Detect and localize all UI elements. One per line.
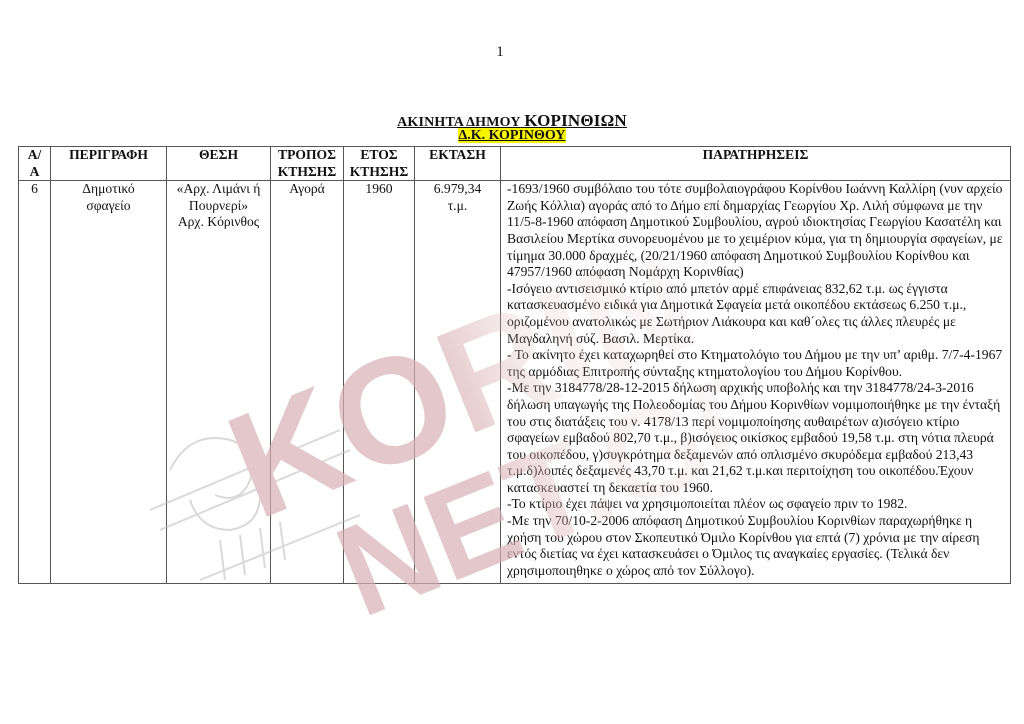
note-paragraph: -1693/1960 συμβόλαιο του τότε συμβολαιογ…: [507, 181, 1006, 281]
cell-acquisition-method: Αγορά: [271, 181, 344, 584]
note-paragraph: -Ισόγειο αντισεισμικό κτίριο από μπετόν …: [507, 281, 1006, 347]
column-header-notes: ΠΑΡΑΤΗΡΗΣΕΙΣ: [501, 147, 1011, 181]
table-header-row: Α/ Α ΠΕΡΙΓΡΑΦΗ ΘΕΣΗ ΤΡΟΠΟΣ ΚΤΗΣΗΣ ΕΤΟΣ Κ…: [19, 147, 1011, 181]
column-header-acquisition-year: ΕΤΟΣ ΚΤΗΣΗΣ: [344, 147, 415, 181]
note-paragraph: -Με την 3184778/28-12-2015 δήλωση αρχική…: [507, 380, 1006, 496]
cell-area: 6.979,34 τ.μ.: [415, 181, 501, 584]
note-paragraph: - Το ακίνητο έχει καταχωρηθεί στο Κτηματ…: [507, 347, 1006, 380]
subtitle-highlighted: Δ.Κ. ΚΟΡΙΝΘΟΥ: [458, 128, 567, 143]
column-header-location: ΘΕΣΗ: [167, 147, 271, 181]
cell-location: «Αρχ. Λιμάνι ή Πουρνερί» Αρχ. Κόρινθος: [167, 181, 271, 584]
column-header-aa: Α/ Α: [19, 147, 51, 181]
cell-description: Δημοτικό σφαγείο: [51, 181, 167, 584]
cell-acquisition-year: 1960: [344, 181, 415, 584]
note-paragraph: -Το κτίριο έχει πάψει να χρησιμοποιείται…: [507, 496, 1006, 513]
table-row: 6 Δημοτικό σφαγείο «Αρχ. Λιμάνι ή Πουρνε…: [19, 181, 1011, 584]
note-paragraph: -Με την 70/10-2-2006 απόφαση Δημοτικού Σ…: [507, 513, 1006, 579]
page-number: 1: [0, 44, 1000, 61]
column-header-area: ΕΚΤΑΣΗ: [415, 147, 501, 181]
document-subtitle: Δ.Κ. ΚΟΡΙΝΘΟΥ: [0, 128, 1024, 144]
column-header-description: ΠΕΡΙΓΡΑΦΗ: [51, 147, 167, 181]
cell-notes: -1693/1960 συμβόλαιο του τότε συμβολαιογ…: [501, 181, 1011, 584]
column-header-acquisition-method: ΤΡΟΠΟΣ ΚΤΗΣΗΣ: [271, 147, 344, 181]
cell-aa: 6: [19, 181, 51, 584]
property-table: Α/ Α ΠΕΡΙΓΡΑΦΗ ΘΕΣΗ ΤΡΟΠΟΣ ΚΤΗΣΗΣ ΕΤΟΣ Κ…: [18, 146, 1011, 584]
